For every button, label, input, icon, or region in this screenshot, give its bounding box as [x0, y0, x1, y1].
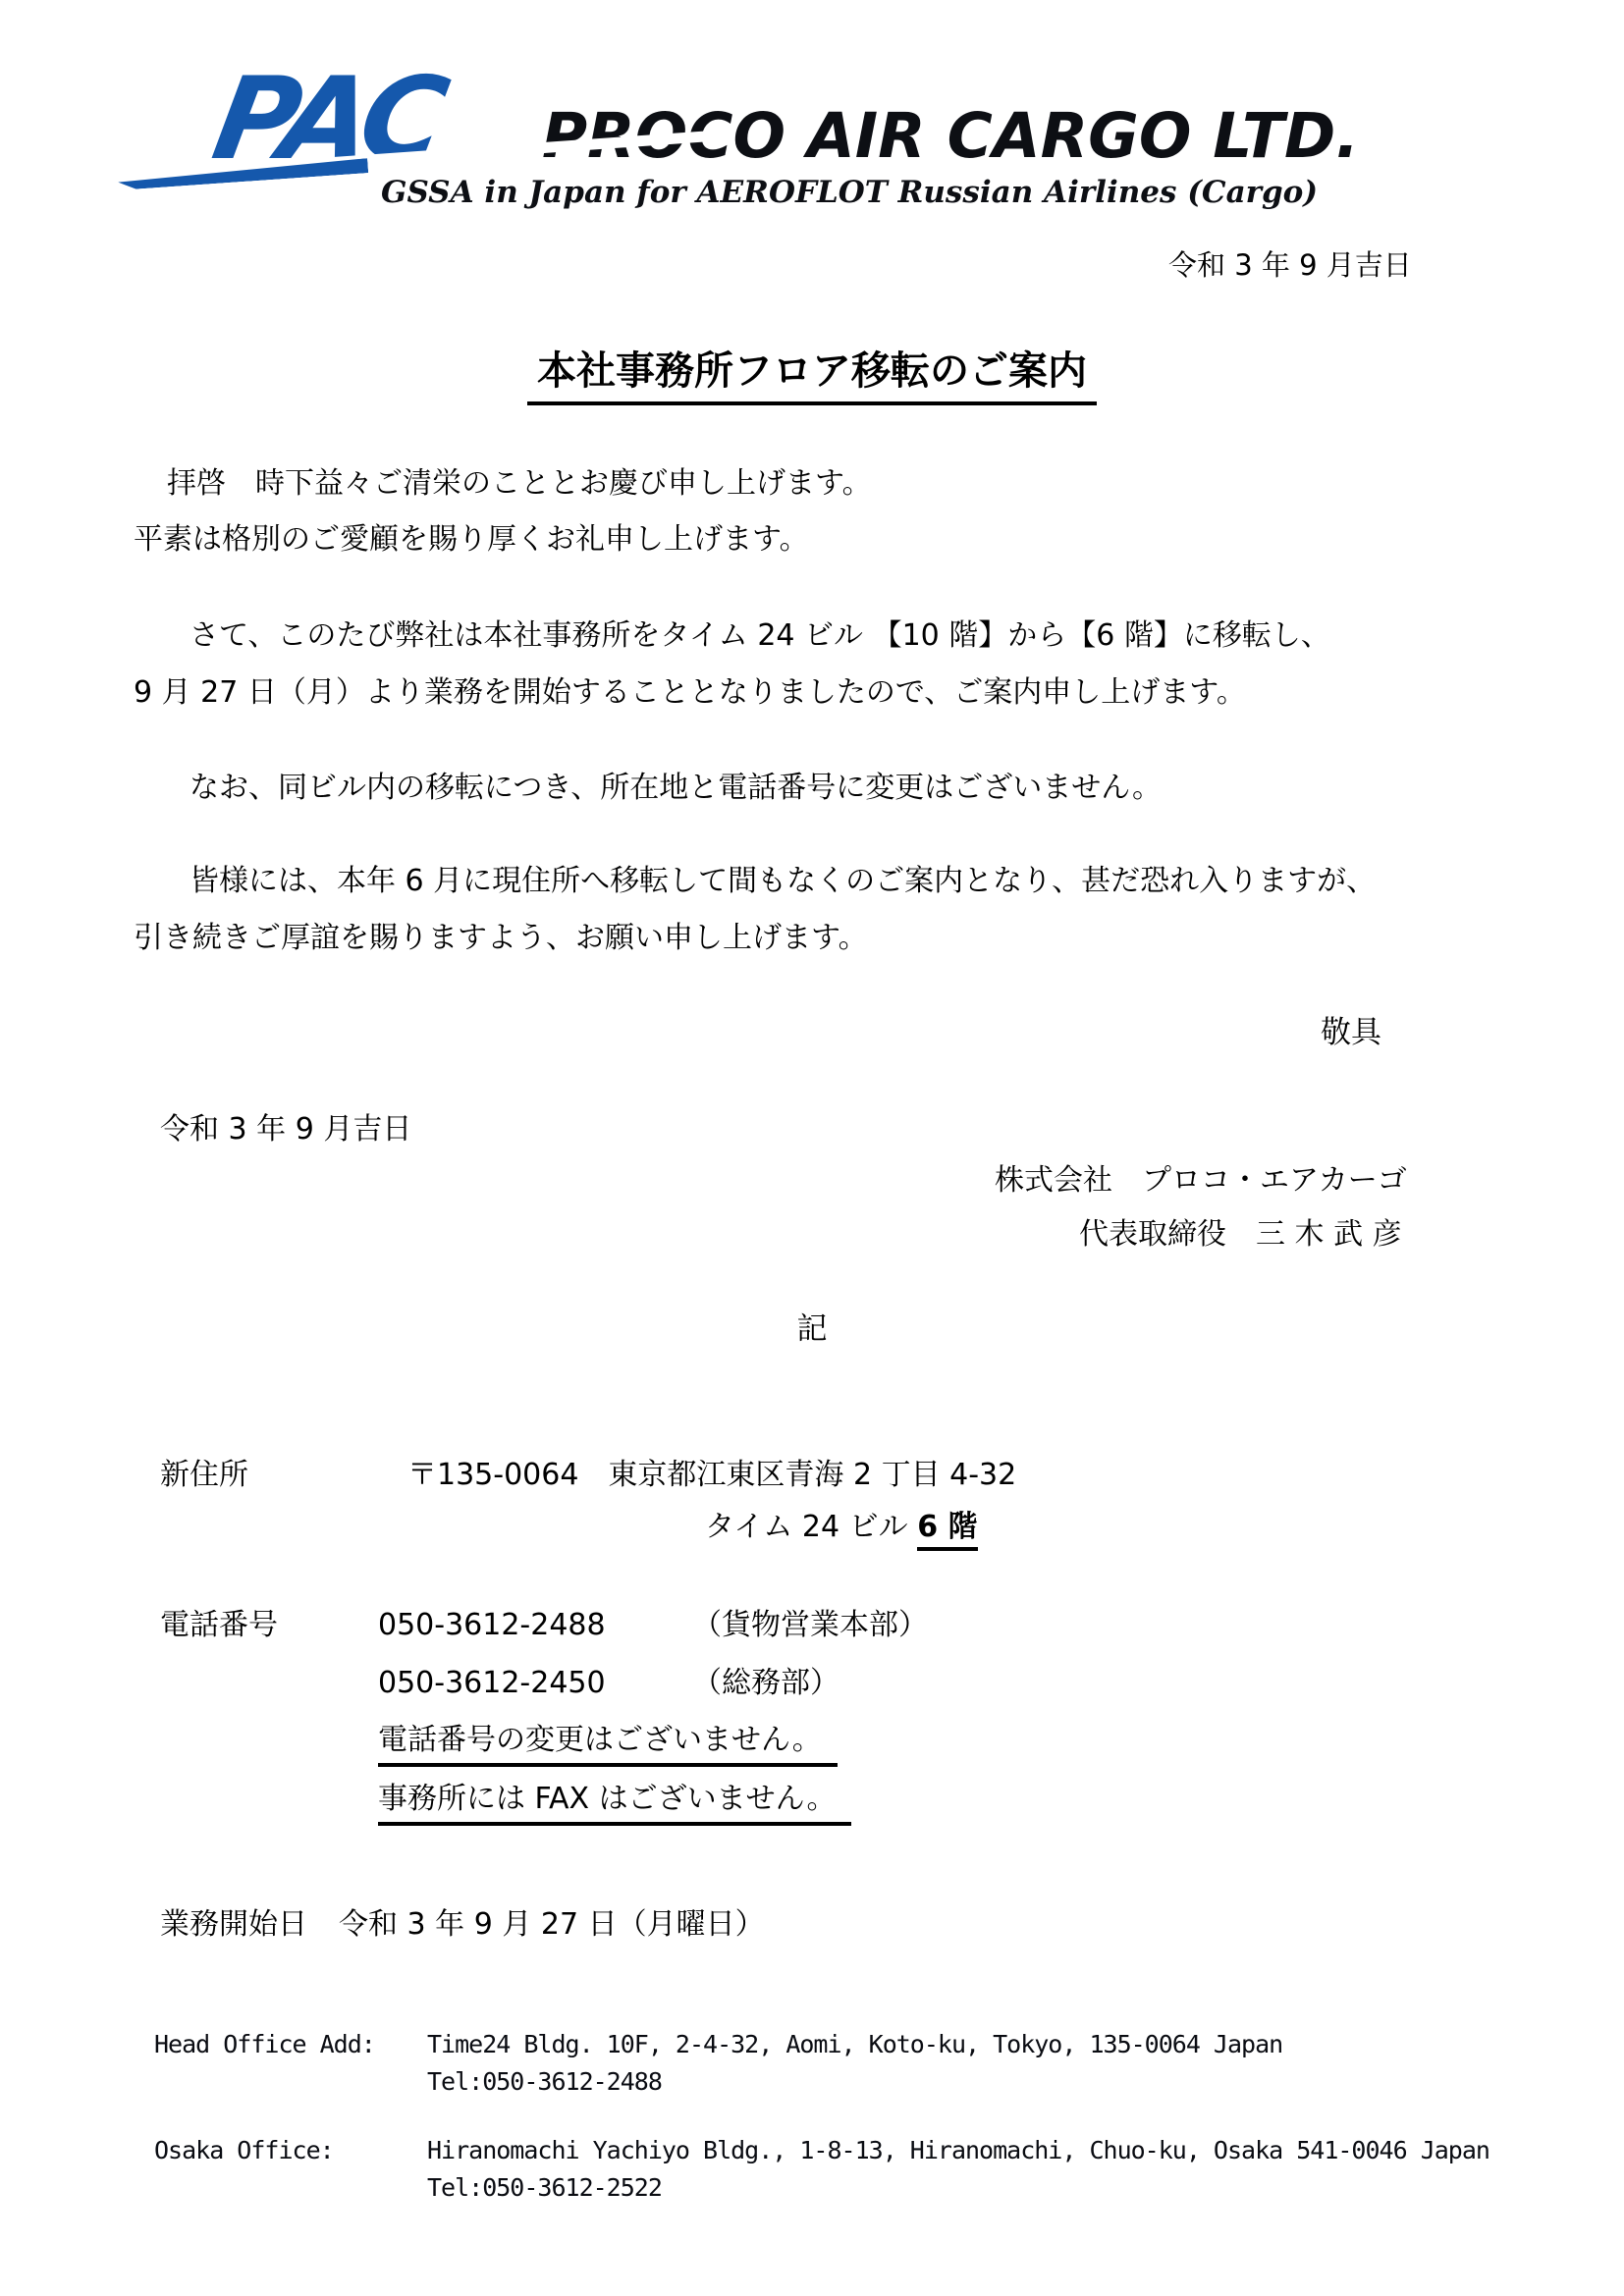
header-subtitle: GSSA in Japan for AEROFLOT Russian Airli… — [381, 175, 1318, 210]
para2-line2: 9 月 27 日（月）より業務を開始することとなりましたので、ご案内申し上げます… — [134, 675, 1246, 711]
title-row: 本社事務所フロア移転のご案内 — [0, 340, 1624, 405]
signature-date: 令和 3 年 9 月吉日 — [160, 1112, 411, 1148]
document-title: 本社事務所フロア移転のご案内 — [527, 340, 1097, 405]
phone2-dept: （総務部） — [692, 1666, 839, 1701]
osaka-office-address: Hiranomachi Yachiyo Bldg., 1-8-13, Hiran… — [427, 2136, 1489, 2164]
address-building-line: タイム 24 ビル 6 階 — [705, 1510, 978, 1545]
document-page: PAC PROCO AIR CARGO LTD. GSSA in Japan f… — [0, 0, 1624, 2296]
address-floor: 6 階 — [917, 1510, 977, 1551]
para2-line1: さて、このたび弊社は本社事務所をタイム 24 ビル 【10 階】から【6 階】に… — [160, 618, 1330, 654]
top-date: 令和 3 年 9 月吉日 — [1168, 248, 1412, 283]
para4-line1: 皆様には、本年 6 月に現住所へ移転して間もなくのご案内となり、甚だ恐れ入ります… — [160, 864, 1376, 899]
osaka-office-label: Osaka Office: — [154, 2136, 334, 2164]
address-value: 〒135-0064 東京都江東区青海 2 丁目 4-32 — [407, 1458, 1016, 1493]
start-date-label: 業務開始日 — [160, 1907, 307, 1943]
para1-line2: 平素は格別のご愛顧を賜り厚くお礼申し上げます。 — [134, 522, 809, 558]
phone-note-1: 電話番号の変更はございません。 — [378, 1723, 838, 1767]
para1-line1: 拝啓 時下益々ご清栄のこととお慶び申し上げます。 — [167, 466, 872, 502]
head-office-tel: Tel:050-3612-2488 — [427, 2067, 662, 2096]
para4-line2: 引き続きご厚誼を賜りますよう、お願い申し上げます。 — [134, 921, 868, 956]
address-label: 新住所 — [160, 1458, 248, 1493]
record-marker: 記 — [0, 1304, 1624, 1348]
osaka-office-tel: Tel:050-3612-2522 — [427, 2173, 662, 2202]
address-building: タイム 24 ビル — [705, 1510, 917, 1544]
head-office-label: Head Office Add: — [154, 2030, 375, 2058]
para3-line1: なお、同ビル内の移転につき、所在地と電話番号に変更はございません。 — [160, 771, 1162, 806]
closing-keigu: 敬具 — [1321, 1007, 1381, 1051]
phone1-number: 050-3612-2488 — [378, 1608, 606, 1643]
phone1-dept: （貨物営業本部） — [692, 1608, 928, 1643]
head-office-address: Time24 Bldg. 10F, 2-4-32, Aomi, Koto-ku,… — [427, 2030, 1282, 2058]
signature-representative: 代表取締役 三 木 武 彦 — [1079, 1217, 1402, 1253]
phone-note-2: 事務所には FAX はございません。 — [378, 1782, 851, 1826]
phone2-number: 050-3612-2450 — [378, 1666, 606, 1701]
signature-company: 株式会社 プロコ・エアカーゴ — [995, 1163, 1407, 1199]
phone-label: 電話番号 — [160, 1608, 278, 1643]
start-date-value: 令和 3 年 9 月 27 日（月曜日） — [339, 1907, 765, 1943]
